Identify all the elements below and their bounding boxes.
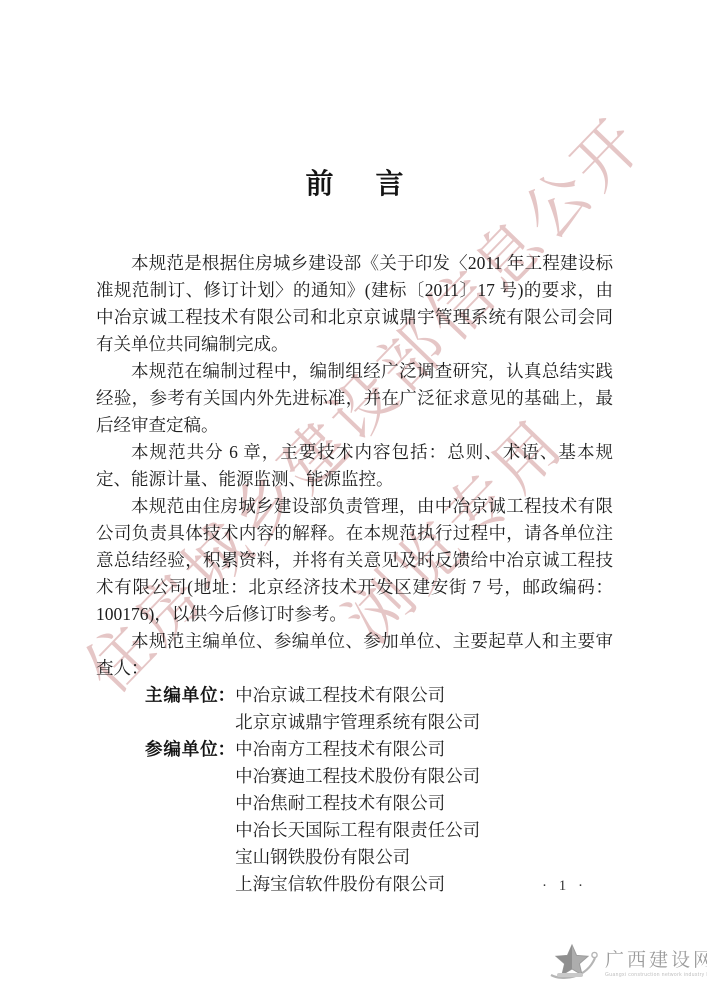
preface-paragraph: 本规范在编制过程中，编制组经广泛调查研究，认真总结实践经验，参考有关国内外先进标… (96, 358, 613, 439)
page-content: 前言 本规范是根据住房城乡建设部《关于印发〈2011 年工程建设标准规范制订、修… (96, 160, 613, 898)
star-caption-mark (557, 973, 583, 977)
page-title: 前言 (96, 167, 613, 206)
star-icon (548, 942, 600, 984)
page-number: · 1 · (542, 878, 587, 895)
logo-title: 广西建设网 (605, 951, 707, 971)
units-section: 主 编 单 位：中冶京诚工程技术有限公司北京京诚鼎宇管理系统有限公司参 编 单 … (145, 682, 613, 898)
unit-row: 参 编 单 位：中冶南方工程技术有限公司中冶赛迪工程技术股份有限公司中冶焦耐工程… (145, 736, 613, 898)
unit-names: 中冶京诚工程技术有限公司北京京诚鼎宇管理系统有限公司 (235, 682, 613, 736)
unit-name: 中冶长天国际工程有限责任公司 (235, 817, 613, 844)
unit-name: 中冶南方工程技术有限公司 (235, 736, 613, 763)
unit-label: 主 编 单 位： (145, 682, 235, 709)
preface-paragraph: 本规范是根据住房城乡建设部《关于印发〈2011 年工程建设标准规范制订、修订计划… (96, 250, 613, 358)
unit-name: 中冶赛迪工程技术股份有限公司 (235, 763, 613, 790)
document-page: 住房城乡建设部信息公开 浏览专用 前言 本规范是根据住房城乡建设部《关于印发〈2… (0, 0, 707, 991)
preface-paragraph: 本规范由住房城乡建设部负责管理，由中冶京诚工程技术有限公司负责具体技术内容的解释… (96, 493, 613, 628)
unit-name: 中冶焦耐工程技术有限公司 (235, 790, 613, 817)
unit-name: 中冶京诚工程技术有限公司 (235, 682, 613, 709)
page-title-text: 前言 (263, 168, 445, 199)
unit-label: 参 编 单 位： (145, 736, 235, 763)
logo-tagline: Guangxi construction network industry le… (605, 972, 707, 978)
unit-names: 中冶南方工程技术有限公司中冶赛迪工程技术股份有限公司中冶焦耐工程技术有限公司中冶… (235, 736, 613, 898)
unit-row: 主 编 单 位：中冶京诚工程技术有限公司北京京诚鼎宇管理系统有限公司 (145, 682, 613, 736)
preface-paragraph: 本规范共分 6 章，主要技术内容包括：总则、术语、基本规定、能源计量、能源监测、… (96, 439, 613, 493)
unit-name: 北京京诚鼎宇管理系统有限公司 (235, 709, 613, 736)
preface-paragraph: 本规范主编单位、参编单位、参加单位、主要起草人和主要审查人： (96, 628, 613, 682)
gxjsw-logo: 广西建设网 Guangxi construction network indus… (548, 942, 707, 984)
unit-name: 宝山钢铁股份有限公司 (235, 844, 613, 871)
preface-paragraphs: 本规范是根据住房城乡建设部《关于印发〈2011 年工程建设标准规范制订、修订计划… (96, 250, 613, 682)
logo-text: 广西建设网 Guangxi construction network indus… (605, 942, 707, 978)
